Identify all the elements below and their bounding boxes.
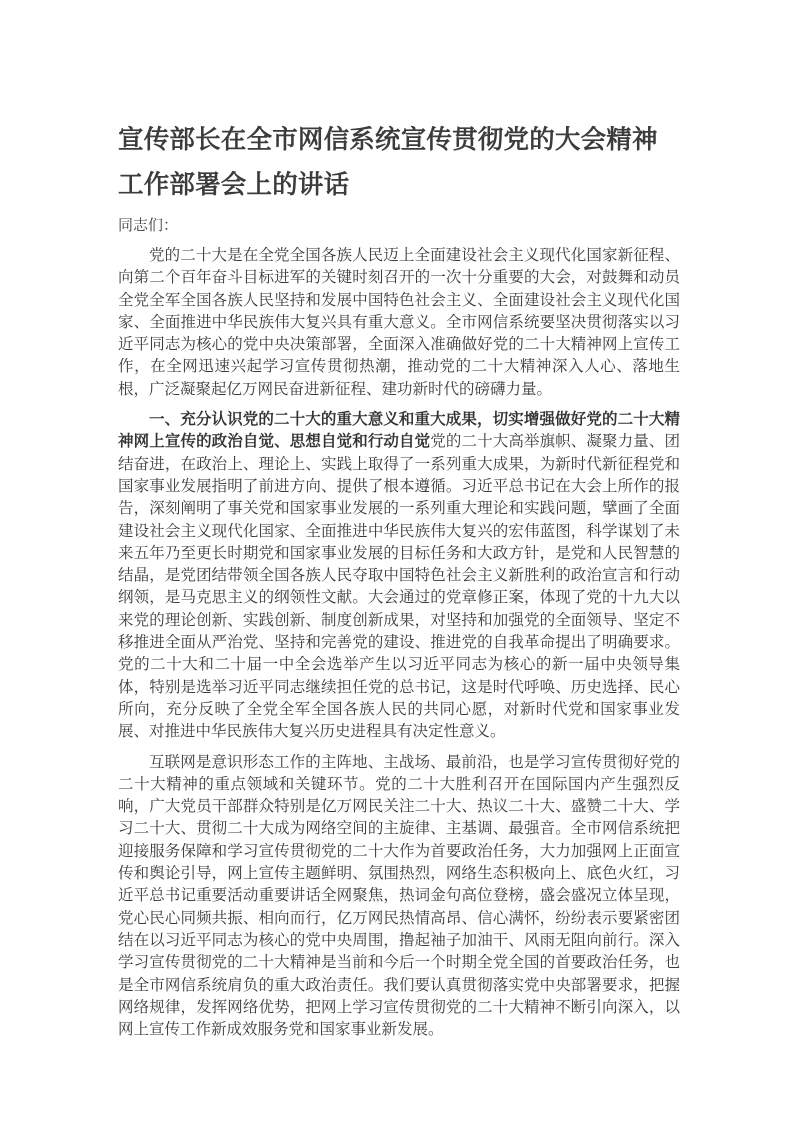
paragraph-text: 互联网是意识形态工作的主阵地、主战场、最前沿，也是学习宣传贯彻好党的二十大精神的… — [118, 753, 680, 1039]
document-page: 宣传部长在全市网信系统宣传贯彻党的大会精神工作部署会上的讲话 同志们： 党的二十… — [118, 118, 680, 1040]
paragraph-text: 党的二十大是在全党全国各族人民迈上全面建设社会主义现代化国家新征程、向第二个百年… — [118, 246, 680, 398]
document-title: 宣传部长在全市网信系统宣传贯彻党的大会精神工作部署会上的讲话 — [118, 118, 680, 208]
salutation: 同志们： — [118, 214, 680, 236]
paragraph-intro: 党的二十大是在全党全国各族人民迈上全面建设社会主义现代化国家新征程、向第二个百年… — [118, 244, 680, 400]
paragraph-text: 党的二十大高举旗帜、凝聚力量、团结奋进，在政治上、理论上、实践上取得了一系列重大… — [118, 432, 680, 740]
paragraph-internet: 互联网是意识形态工作的主阵地、主战场、最前沿，也是学习宣传贯彻好党的二十大精神的… — [118, 751, 680, 1041]
paragraph-section-one: 一、充分认识党的二十大的重大意义和重大成果，切实增强做好党的二十大精神网上宣传的… — [118, 408, 680, 742]
